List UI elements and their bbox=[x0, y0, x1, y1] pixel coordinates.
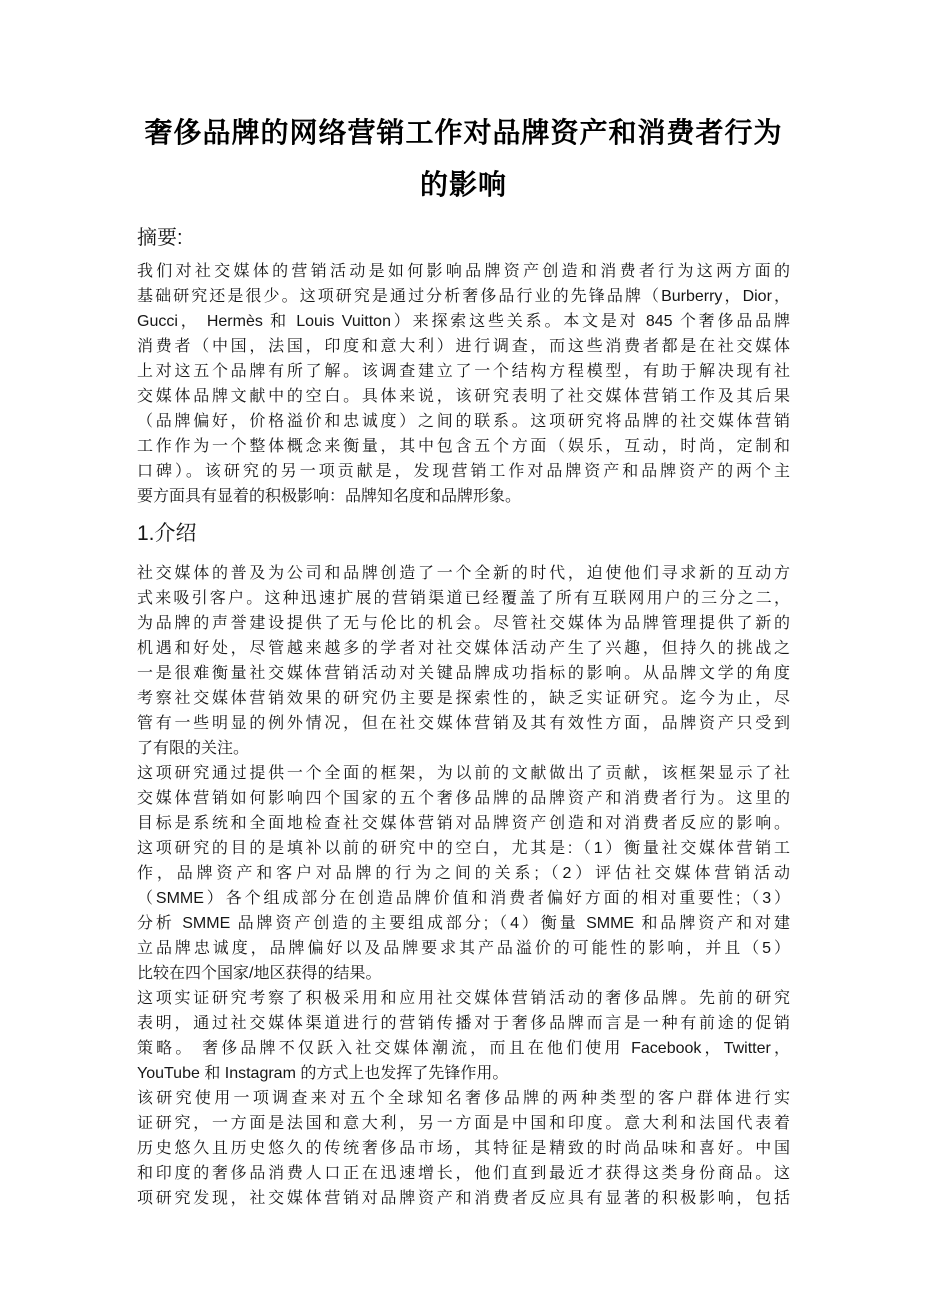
text-line: 立品牌忠诚度，品牌偏好以及品牌要求其产品溢价的可能性的影响，并且（5） bbox=[137, 936, 790, 961]
intro-paragraph-4: 该研究使用一项调查来对五个全球知名奢侈品牌的两种类型的客户群体进行实证研究，一方… bbox=[137, 1086, 790, 1211]
text-line: 工作作为一个整体概念来衡量，其中包含五个方面（娱乐，互动，时尚，定制和 bbox=[137, 434, 790, 459]
intro-paragraph-3: 这项实证研究考察了积极采用和应用社交媒体营销活动的奢侈品牌。先前的研究表明，通过… bbox=[137, 986, 790, 1086]
intro-paragraph-2: 这项研究通过提供一个全面的框架，为以前的文献做出了贡献，该框架显示了社交媒体营销… bbox=[137, 761, 790, 986]
text-line: 要方面具有显着的积极影响：品牌知名度和品牌形象。 bbox=[137, 484, 790, 509]
text-line: 证研究，一方面是法国和意大利，另一方面是中国和印度。意大利和法国代表着 bbox=[137, 1111, 790, 1136]
text-line: Gucci， Hermès 和 Louis Vuitton）来探索这些关系。本文… bbox=[137, 309, 790, 334]
text-line: （品牌偏好，价格溢价和忠诚度）之间的联系。这项研究将品牌的社交媒体营销 bbox=[137, 409, 790, 434]
text-line: 交媒体营销如何影响四个国家的五个奢侈品牌的品牌资产和消费者行为。这里的 bbox=[137, 786, 790, 811]
abstract-heading: 摘要: bbox=[137, 223, 790, 253]
text-line: 这项研究的目的是填补以前的研究中的空白，尤其是:（1）衡量社交媒体营销工 bbox=[137, 836, 790, 861]
text-line: 为品牌的声誉建设提供了无与伦比的机会。尽管社交媒体为品牌管理提供了新的 bbox=[137, 611, 790, 636]
text-line: 考察社交媒体营销效果的研究仍主要是探索性的，缺乏实证研究。迄今为止，尽 bbox=[137, 686, 790, 711]
abstract-paragraph: 我们对社交媒体的营销活动是如何影响品牌资产创造和消费者行为这两方面的基础研究还是… bbox=[137, 259, 790, 509]
intro-paragraph-1: 社交媒体的普及为公司和品牌创造了一个全新的时代，迫使他们寻求新的互动方式来吸引客… bbox=[137, 561, 790, 761]
text-line: 比较在四个国家/地区获得的结果。 bbox=[137, 961, 790, 986]
text-line: 交媒体品牌文献中的空白。具体来说，该研究表明了社交媒体营销工作及其后果 bbox=[137, 384, 790, 409]
section-1-heading: 1.介绍 bbox=[137, 519, 790, 549]
text-line: 了有限的关注。 bbox=[137, 736, 790, 761]
text-line: 式来吸引客户。这种迅速扩展的营销渠道已经覆盖了所有互联网用户的三分之二， bbox=[137, 586, 790, 611]
document-title: 奢侈品牌的网络营销工作对品牌资产和消费者行为 的影响 bbox=[137, 0, 790, 211]
text-line: 分析 SMME 品牌资产创造的主要组成部分;（4）衡量 SMME 和品牌资产和对… bbox=[137, 911, 790, 936]
text-line: 消费者（中国，法国，印度和意大利）进行调查，而这些消费者都是在社交媒体 bbox=[137, 334, 790, 359]
text-line: 历史悠久且历史悠久的传统奢侈品市场，其特征是精致的时尚品味和喜好。中国 bbox=[137, 1136, 790, 1161]
text-line: 目标是系统和全面地检查社交媒体营销对品牌资产创造和对消费者反应的影响。 bbox=[137, 811, 790, 836]
text-line: 这项研究通过提供一个全面的框架，为以前的文献做出了贡献，该框架显示了社 bbox=[137, 761, 790, 786]
text-line: 策略。 奢侈品牌不仅跃入社交媒体潮流，而且在他们使用 Facebook，Twit… bbox=[137, 1036, 790, 1061]
text-line: 这项实证研究考察了积极采用和应用社交媒体营销活动的奢侈品牌。先前的研究 bbox=[137, 986, 790, 1011]
text-line: 项研究发现，社交媒体营销对品牌资产和消费者反应具有显著的积极影响，包括 bbox=[137, 1186, 790, 1211]
text-line: 基础研究还是很少。这项研究是通过分析奢侈品行业的先锋品牌（Burberry，Di… bbox=[137, 284, 790, 309]
text-line: YouTube 和 Instagram 的方式上也发挥了先锋作用。 bbox=[137, 1061, 790, 1086]
text-line: 管有一些明显的例外情况，但在社交媒体营销及其有效性方面，品牌资产只受到 bbox=[137, 711, 790, 736]
text-line: 机遇和好处，尽管越来越多的学者对社交媒体活动产生了兴趣，但持久的挑战之 bbox=[137, 636, 790, 661]
text-line: 一是很难衡量社交媒体营销活动对关键品牌成功指标的影响。从品牌文学的角度 bbox=[137, 661, 790, 686]
text-line: 和印度的奢侈品消费人口正在迅速增长，他们直到最近才获得这类身份商品。这 bbox=[137, 1161, 790, 1186]
text-line: （SMME）各个组成部分在创造品牌价值和消费者偏好方面的相对重要性;（3） bbox=[137, 886, 790, 911]
text-line: 上对这五个品牌有所了解。该调查建立了一个结构方程模型，有助于解决现有社 bbox=[137, 359, 790, 384]
document-title-line-1: 奢侈品牌的网络营销工作对品牌资产和消费者行为 bbox=[137, 107, 790, 159]
text-line: 社交媒体的普及为公司和品牌创造了一个全新的时代，迫使他们寻求新的互动方 bbox=[137, 561, 790, 586]
text-line: 作，品牌资产和客户对品牌的行为之间的关系;（2）评估社交媒体营销活动 bbox=[137, 861, 790, 886]
text-line: 口碑）。该研究的另一项贡献是，发现营销工作对品牌资产和品牌资产的两个主 bbox=[137, 459, 790, 484]
text-line: 该研究使用一项调查来对五个全球知名奢侈品牌的两种类型的客户群体进行实 bbox=[137, 1086, 790, 1111]
document-content: 奢侈品牌的网络营销工作对品牌资产和消费者行为 的影响 摘要: 我们对社交媒体的营… bbox=[137, 0, 790, 1211]
text-line: 表明，通过社交媒体渠道进行的营销传播对于奢侈品牌而言是一种有前途的促销 bbox=[137, 1011, 790, 1036]
text-line: 我们对社交媒体的营销活动是如何影响品牌资产创造和消费者行为这两方面的 bbox=[137, 259, 790, 284]
document-page: 奢侈品牌的网络营销工作对品牌资产和消费者行为 的影响 摘要: 我们对社交媒体的营… bbox=[0, 0, 925, 1309]
document-title-line-2: 的影响 bbox=[137, 159, 790, 211]
